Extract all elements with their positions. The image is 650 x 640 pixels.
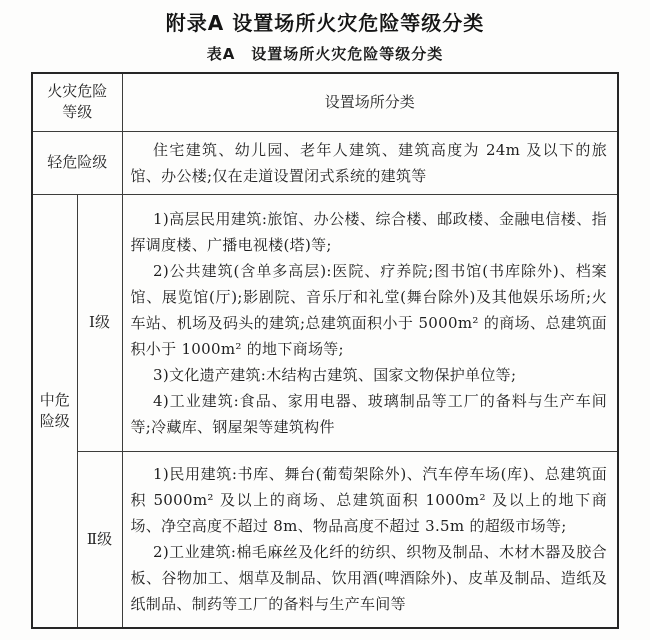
light-hazard-row: 轻危险级 住宅建筑、幼儿园、老年人建筑、建筑高度为 24m 及以下的旅馆、办公楼… <box>32 131 618 194</box>
document-page: 附录A 设置场所火灾危险等级分类 表A 设置场所火灾危险等级分类 火灾危险等级 … <box>0 0 650 640</box>
cell-light-hazard-label: 轻危险级 <box>32 131 122 194</box>
paragraph: 1)高层民用建筑:旅馆、办公楼、综合楼、邮政楼、金融电信楼、指挥调度楼、广播电视… <box>131 206 608 258</box>
cell-light-hazard-content: 住宅建筑、幼儿园、老年人建筑、建筑高度为 24m 及以下的旅馆、办公楼;仅在走道… <box>122 131 618 194</box>
medium-hazard-label: 中危险级 <box>38 390 72 432</box>
table-header-row: 火灾危险等级 设置场所分类 <box>32 73 618 131</box>
cell-grade2-content: 1)民用建筑:书库、舞台(葡萄架除外)、汽车停车场(库)、总建筑面积 5000m… <box>122 451 618 628</box>
cell-medium-hazard-label: 中危险级 <box>32 194 77 628</box>
paragraph: 2)公共建筑(含单多高层):医院、疗养院;图书馆(书库除外)、档案馆、展览馆(厅… <box>131 258 608 362</box>
cell-grade2-label: Ⅱ级 <box>77 451 122 628</box>
header-cell-hazard-level: 火灾危险等级 <box>32 73 122 131</box>
light-hazard-label: 轻危险级 <box>47 153 107 171</box>
medium-hazard-grade1-row: 中危险级 Ⅰ级 1)高层民用建筑:旅馆、办公楼、综合楼、邮政楼、金融电信楼、指挥… <box>32 194 618 451</box>
grade2-label: Ⅱ级 <box>87 530 112 548</box>
paragraph: 2)工业建筑:棉毛麻丝及化纤的纺织、织物及制品、木材木器及胶合板、谷物加工、烟草… <box>131 539 608 617</box>
table-caption: 表A 设置场所火灾危险等级分类 <box>0 43 650 64</box>
paragraph: 住宅建筑、幼儿园、老年人建筑、建筑高度为 24m 及以下的旅馆、办公楼;仅在走道… <box>131 137 608 189</box>
place-category-header-label: 设置场所分类 <box>325 93 415 111</box>
paragraph: 4)工业建筑:食品、家用电器、玻璃制品等工厂的备料与生产车间等;冷藏库、钢屋架等… <box>131 388 608 440</box>
header-cell-place-category: 设置场所分类 <box>122 73 618 131</box>
hazard-level-header-label: 火灾危险等级 <box>44 81 110 123</box>
page-title: 附录A 设置场所火灾危险等级分类 <box>0 7 650 36</box>
cell-grade1-content: 1)高层民用建筑:旅馆、办公楼、综合楼、邮政楼、金融电信楼、指挥调度楼、广播电视… <box>122 194 618 451</box>
paragraph: 3)文化遗产建筑:木结构古建筑、国家文物保护单位等; <box>131 362 608 388</box>
paragraph: 1)民用建筑:书库、舞台(葡萄架除外)、汽车停车场(库)、总建筑面积 5000m… <box>131 461 608 539</box>
fire-hazard-classification-table: 火灾危险等级 设置场所分类 轻危险级 住宅建筑、幼儿园、老年人建筑、建筑高度为 … <box>31 72 619 629</box>
grade1-label: Ⅰ级 <box>89 313 110 331</box>
cell-grade1-label: Ⅰ级 <box>77 194 122 451</box>
medium-hazard-grade2-row: Ⅱ级 1)民用建筑:书库、舞台(葡萄架除外)、汽车停车场(库)、总建筑面积 50… <box>32 451 618 628</box>
